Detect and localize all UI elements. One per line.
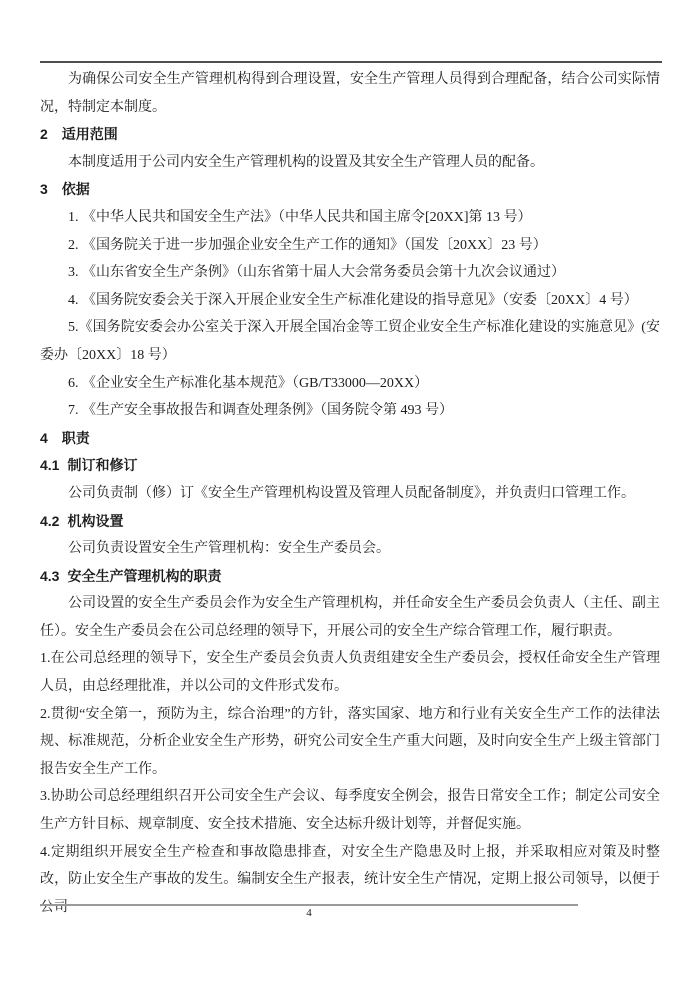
section-2-number: 2: [40, 126, 48, 142]
reference-item: 6. 《企业安全生产标准化基本规范》（GB/T33000—20XX）: [40, 370, 660, 398]
section-4-2-paragraph: 公司负责设置安全生产管理机构：安全生产委员会。: [40, 535, 660, 563]
page-number: 4: [40, 906, 578, 920]
reference-item: 1. 《中华人民共和国安全生产法》（中华人民共和国主席令[20XX]第 13 号…: [40, 204, 660, 232]
section-4-1-heading: 4.1制订和修订: [40, 452, 660, 480]
section-4-2-number: 4.2: [40, 513, 59, 529]
reference-item: 3. 《山东省安全生产条例》（山东省第十届人大会常务委员会第十九次会议通过）: [40, 259, 660, 287]
section-4-1-paragraph: 公司负责制（修）订《安全生产管理机构设置及管理人员配备制度》，并负责归口管理工作…: [40, 480, 660, 508]
section-4-heading: 4职责: [40, 425, 660, 453]
section-4-3-intro-paragraph: 公司设置的安全生产委员会作为安全生产管理机构，并任命安全生产委员会负责人（主任、…: [40, 590, 660, 645]
section-2-paragraph: 本制度适用于公司内安全生产管理机构的设置及其安全生产管理人员的配备。: [40, 149, 660, 177]
section-2-heading: 2适用范围: [40, 121, 660, 149]
section-4-number: 4: [40, 430, 48, 446]
section-4-3-heading: 4.3安全生产管理机构的职责: [40, 563, 660, 591]
duty-paragraph: 2.贯彻“安全第一，预防为主，综合治理”的方针，落实国家、地方和行业有关安全生产…: [40, 701, 660, 784]
reference-item: 4. 《国务院安委会关于深入开展企业安全生产标准化建设的指导意见》（安委〔20X…: [40, 287, 660, 315]
header-rule: [40, 61, 662, 63]
section-4-3-number: 4.3: [40, 568, 59, 584]
section-4-1-number: 4.1: [40, 457, 59, 473]
document-page: 为确保公司安全生产管理机构得到合理设置，安全生产管理人员得到合理配备，结合公司实…: [0, 0, 700, 990]
section-4-1-title: 制订和修订: [67, 457, 137, 473]
section-3-heading: 3依据: [40, 176, 660, 204]
section-3-number: 3: [40, 181, 48, 197]
duty-paragraph: 1.在公司总经理的领导下，安全生产委员会负责人负责组建安全生产委员会，授权任命安…: [40, 645, 660, 700]
document-content: 为确保公司安全生产管理机构得到合理设置，安全生产管理人员得到合理配备，结合公司实…: [40, 66, 660, 921]
reference-item: 5.《国务院安委会办公室关于深入开展全国冶金等工贸企业安全生产标准化建设的实施意…: [40, 314, 660, 369]
reference-item: 2. 《国务院关于进一步加强企业安全生产工作的通知》（国发〔20XX〕23 号）: [40, 232, 660, 260]
duty-paragraph: 3.协助公司总经理组织召开公司安全生产会议、每季度安全例会，报告日常安全工作；制…: [40, 783, 660, 838]
section-4-title: 职责: [62, 430, 90, 446]
section-3-title: 依据: [62, 181, 90, 197]
reference-item: 7. 《生产安全事故报告和调查处理条例》（国务院令第 493 号）: [40, 397, 660, 425]
section-2-title: 适用范围: [62, 126, 118, 142]
section-4-3-title: 安全生产管理机构的职责: [67, 568, 221, 584]
intro-paragraph: 为确保公司安全生产管理机构得到合理设置，安全生产管理人员得到合理配备，结合公司实…: [40, 66, 660, 121]
section-4-2-title: 机构设置: [67, 513, 123, 529]
section-4-2-heading: 4.2机构设置: [40, 508, 660, 536]
